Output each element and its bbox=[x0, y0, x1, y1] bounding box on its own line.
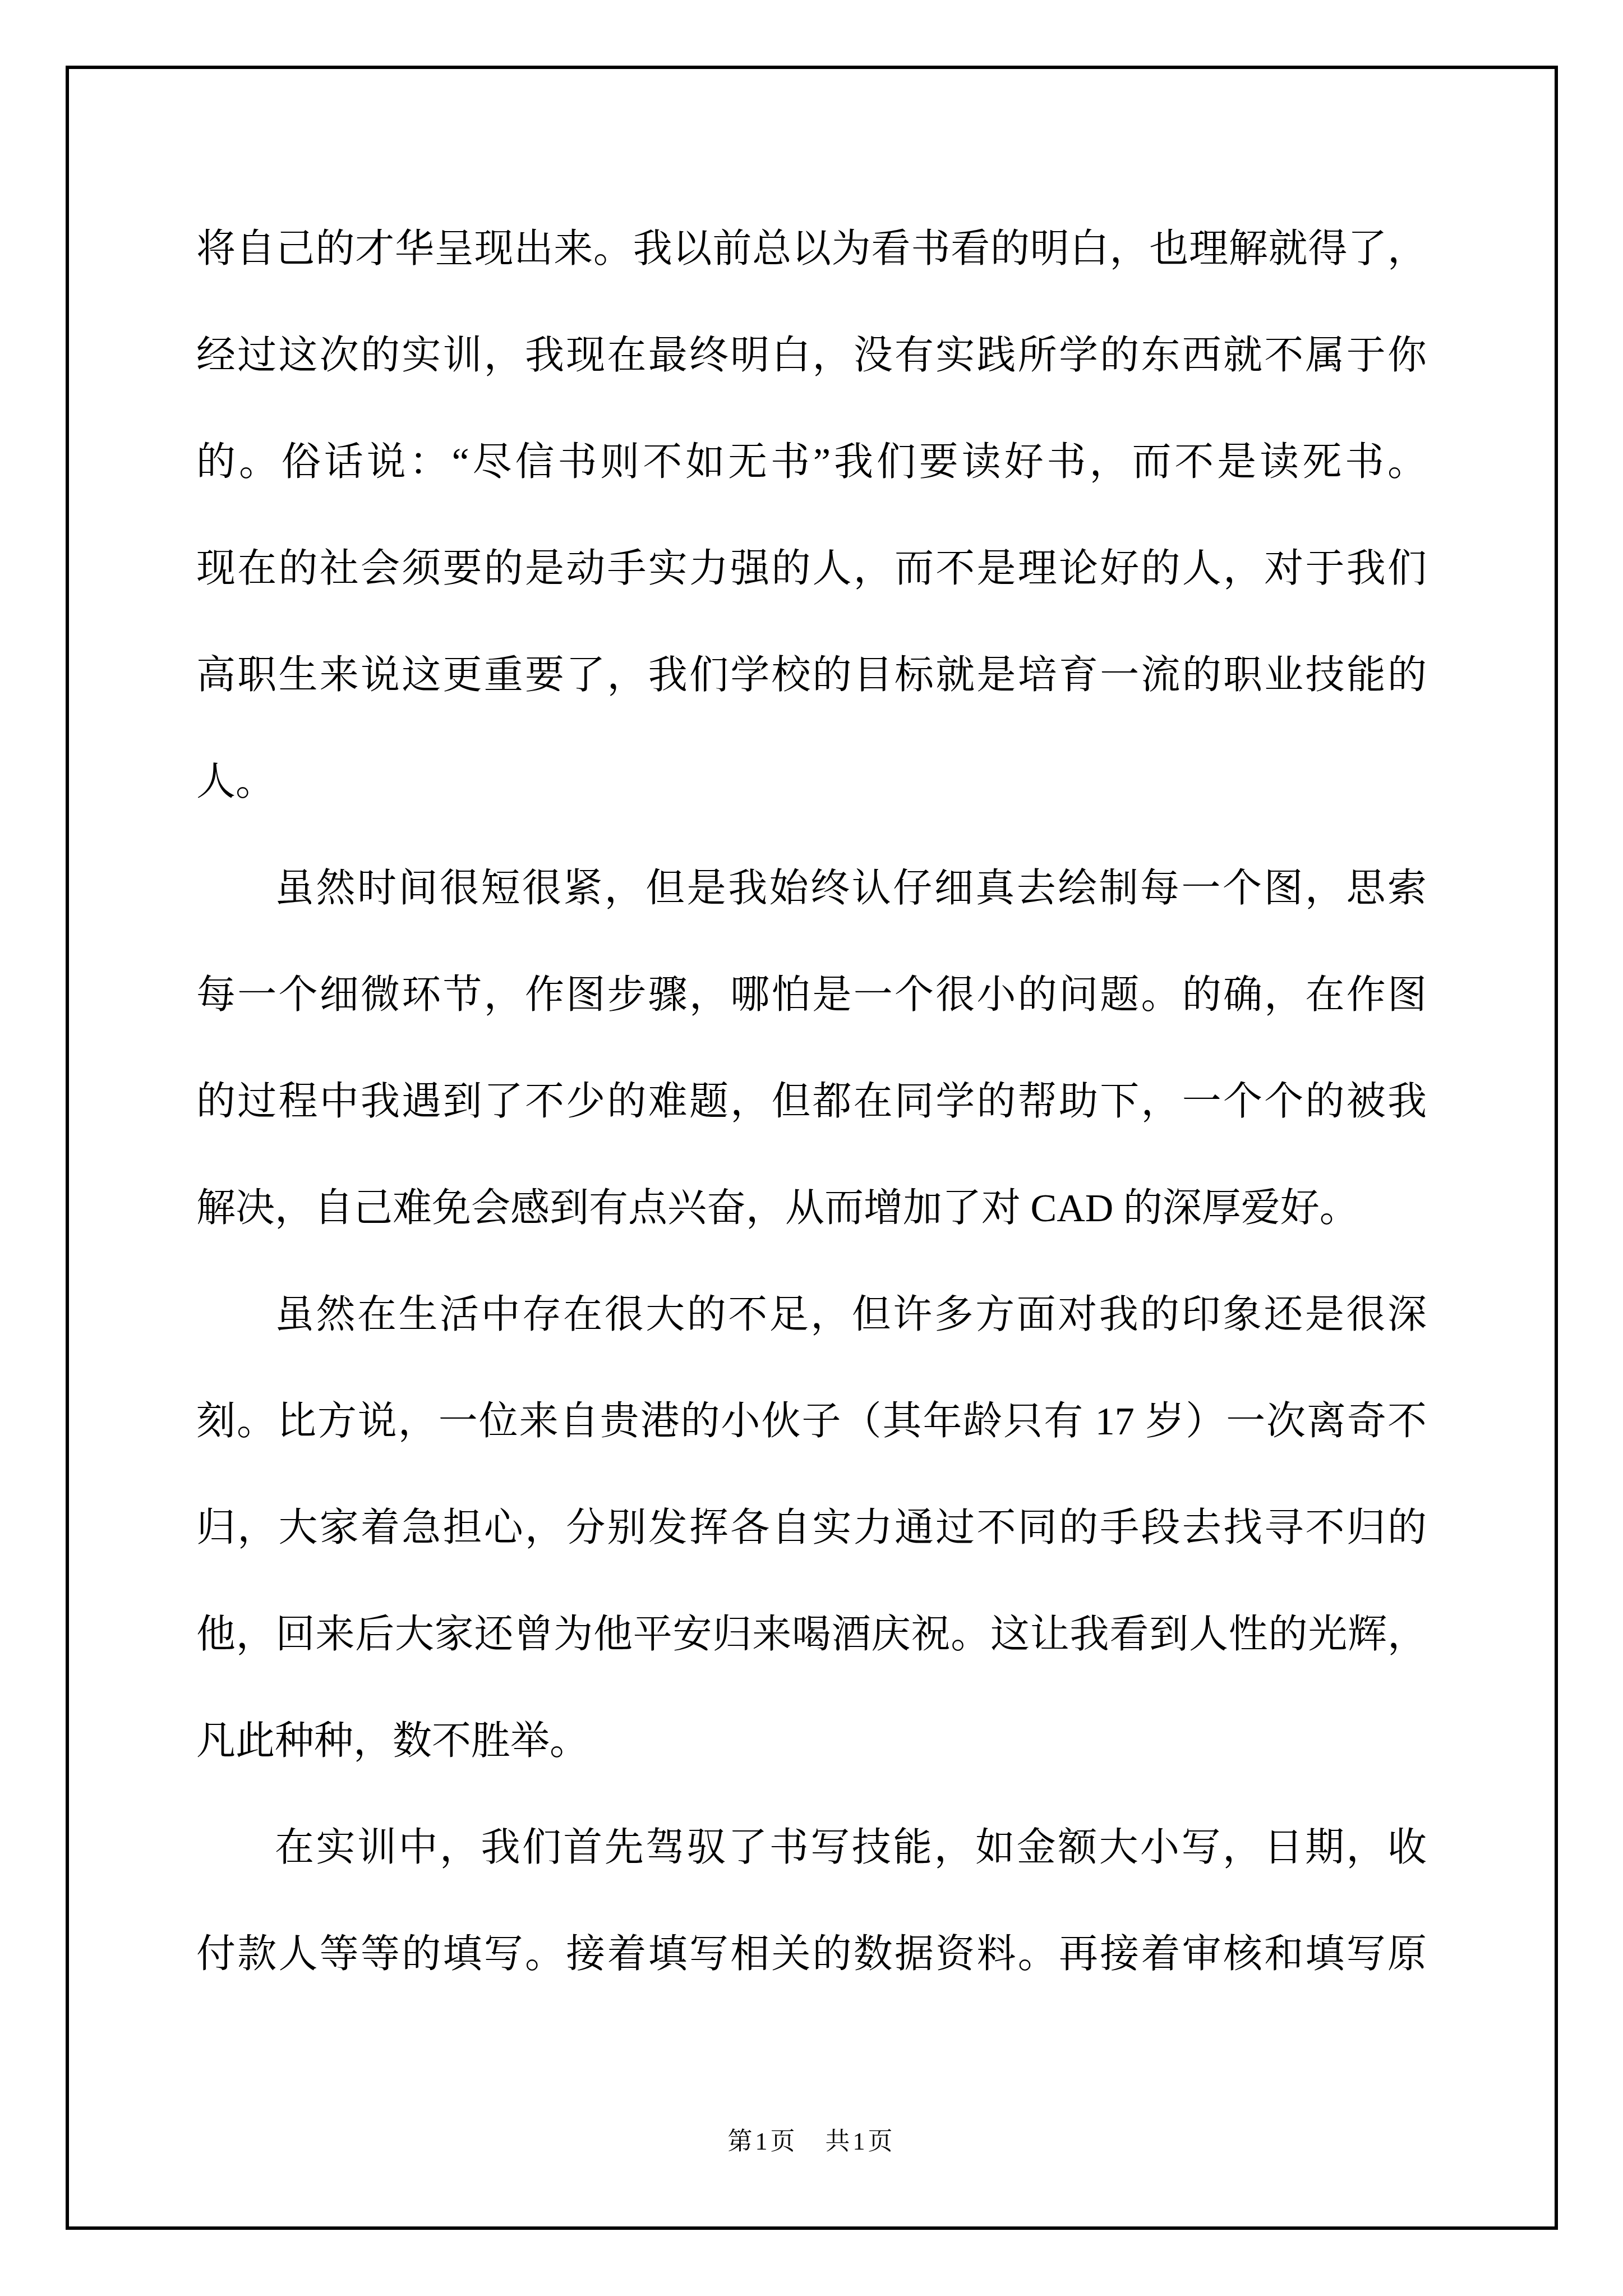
paragraph: 虽然时间很短很紧，但是我始终认仔细真去绘制每一个图，思索每一个细微环节，作图步骤… bbox=[196, 836, 1427, 1262]
text-line: 人。 bbox=[196, 729, 1427, 836]
document-page: 将自己的才华呈现出来。我以前总以为看书看的明白，也理解就得了，经过这次的实训，我… bbox=[0, 0, 1623, 2296]
page-number-label: 第1页 共1页 bbox=[728, 2128, 896, 2155]
text-line: 的。俗话说：“尽信书则不如无书”我们要读好书，而不是读死书。 bbox=[196, 409, 1427, 516]
text-line: 现在的社会须要的是动手实力强的人，而不是理论好的人，对于我们 bbox=[196, 516, 1427, 623]
paragraph: 虽然在生活中存在很大的不足，但许多方面对我的印象还是很深刻。比方说，一位来自贵港… bbox=[196, 1262, 1427, 1795]
text-line: 他，回来后大家还曾为他平安归来喝酒庆祝。这让我看到人性的光辉， bbox=[196, 1582, 1427, 1688]
text-line: 归，大家着急担心，分别发挥各自实力通过不同的手段去找寻不归的 bbox=[196, 1475, 1427, 1582]
text-line: 解决，自己难免会感到有点兴奋，从而增加了对 CAD 的深厚爱好。 bbox=[196, 1156, 1427, 1262]
text-line: 虽然在生活中存在很大的不足，但许多方面对我的印象还是很深 bbox=[196, 1262, 1427, 1369]
document-body: 将自己的才华呈现出来。我以前总以为看书看的明白，也理解就得了，经过这次的实训，我… bbox=[196, 196, 1427, 2008]
text-line: 每一个细微环节，作图步骤，哪怕是一个很小的问题。的确，在作图 bbox=[196, 942, 1427, 1049]
text-line: 付款人等等的填写。接着填写相关的数据资料。再接着审核和填写原 bbox=[196, 1902, 1427, 2008]
text-line: 在实训中，我们首先驾驭了书写技能，如金额大小写，日期，收 bbox=[196, 1795, 1427, 1902]
paragraph: 在实训中，我们首先驾驭了书写技能，如金额大小写，日期，收付款人等等的填写。接着填… bbox=[196, 1795, 1427, 2008]
text-line: 虽然时间很短很紧，但是我始终认仔细真去绘制每一个图，思索 bbox=[196, 836, 1427, 942]
paragraph: 将自己的才华呈现出来。我以前总以为看书看的明白，也理解就得了，经过这次的实训，我… bbox=[196, 196, 1427, 836]
text-line: 刻。比方说，一位来自贵港的小伙子（其年龄只有 17 岁）一次离奇不 bbox=[196, 1369, 1427, 1475]
text-line: 凡此种种，数不胜举。 bbox=[196, 1688, 1427, 1795]
text-line: 经过这次的实训，我现在最终明白，没有实践所学的东西就不属于你 bbox=[196, 303, 1427, 409]
page-footer: 第1页 共1页 bbox=[0, 2125, 1623, 2159]
text-line: 将自己的才华呈现出来。我以前总以为看书看的明白，也理解就得了， bbox=[196, 196, 1427, 303]
text-line: 的过程中我遇到了不少的难题，但都在同学的帮助下，一个个的被我 bbox=[196, 1049, 1427, 1156]
text-line: 高职生来说这更重要了，我们学校的目标就是培育一流的职业技能的 bbox=[196, 623, 1427, 729]
